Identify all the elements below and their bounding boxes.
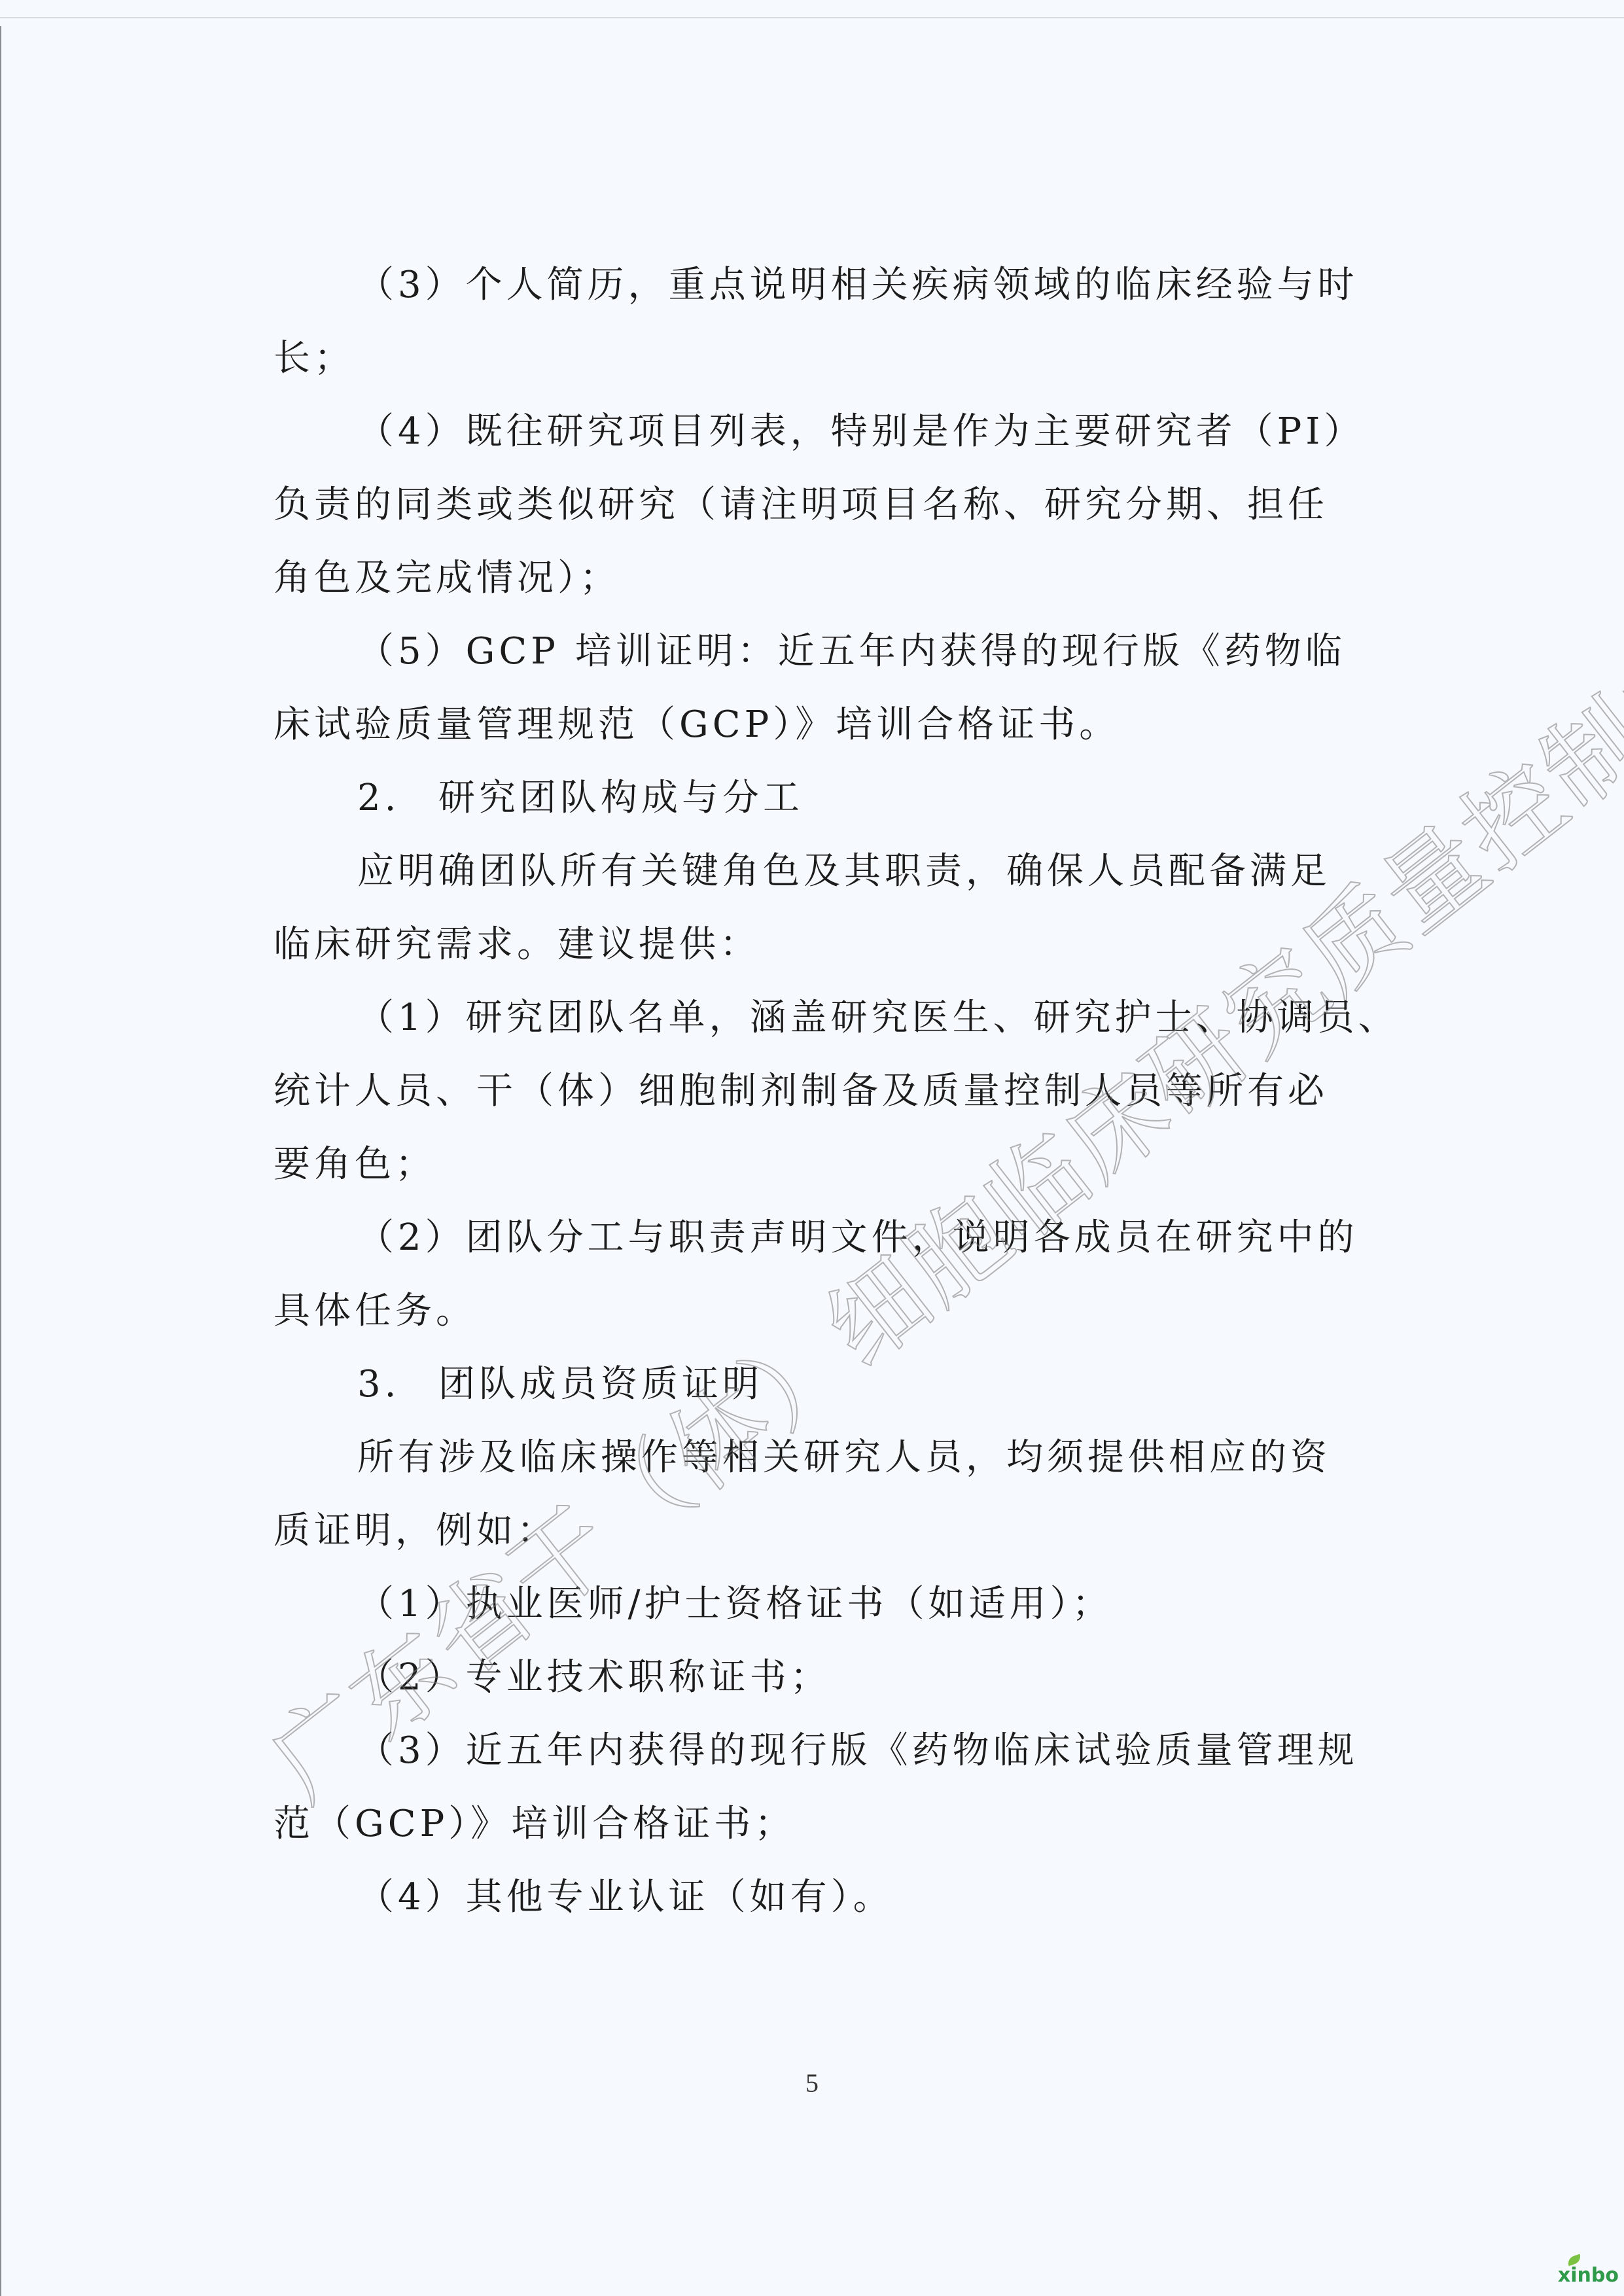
- paragraph-line: 要角色；: [274, 1128, 1360, 1201]
- paragraph-line: 床试验质量管理规范（GCP）》培训合格证书。: [274, 688, 1360, 762]
- paragraph-line: （4）既往研究项目列表，特别是作为主要研究者（PI）: [274, 395, 1360, 468]
- paragraph-line: 质证明，例如：: [274, 1494, 1360, 1568]
- section-title: 研究团队构成与分工: [438, 777, 803, 819]
- section-heading-2: 2.研究团队构成与分工: [274, 762, 1360, 835]
- paragraph-line: 角色及完成情况）；: [274, 542, 1360, 615]
- section-title: 团队成员资质证明: [438, 1363, 763, 1405]
- xinbo-logo: xinbo: [1558, 2264, 1619, 2287]
- scan-edge-left: [0, 26, 1, 2296]
- scan-edge-top: [0, 17, 1624, 18]
- paragraph-line: 临床研究需求。建议提供：: [274, 908, 1360, 981]
- paragraph-line: （3）近五年内获得的现行版《药物临床试验质量管理规: [274, 1714, 1360, 1788]
- paragraph-line: 具体任务。: [274, 1275, 1360, 1348]
- paragraph-line: 范（GCP）》培训合格证书；: [274, 1788, 1360, 1861]
- paragraph-line: 应明确团队所有关键角色及其职责，确保人员配备满足: [274, 835, 1360, 908]
- document-body: （3）个人简历，重点说明相关疾病领域的临床经验与时 长； （4）既往研究项目列表…: [274, 249, 1360, 1934]
- paragraph-line: （4）其他专业认证（如有）。: [274, 1861, 1360, 1934]
- paragraph-line: 统计人员、干（体）细胞制剂制备及质量控制人员等所有必: [274, 1055, 1360, 1128]
- section-heading-3: 3.团队成员资质证明: [274, 1348, 1360, 1421]
- paragraph-line: （3）个人简历，重点说明相关疾病领域的临床经验与时: [274, 249, 1360, 322]
- paragraph-line: （2）团队分工与职责声明文件，说明各成员在研究中的: [274, 1201, 1360, 1275]
- page-number: 5: [0, 2068, 1624, 2098]
- section-number: 3.: [357, 1348, 438, 1421]
- paragraph-line: 负责的同类或类似研究（请注明项目名称、研究分期、担任: [274, 468, 1360, 542]
- paragraph-line: （2）专业技术职称证书；: [274, 1641, 1360, 1714]
- paragraph-line: （1）研究团队名单，涵盖研究医生、研究护士、协调员、: [274, 981, 1360, 1055]
- logo-text: xinbo: [1558, 2264, 1619, 2287]
- paragraph-line: （1）执业医师/护士资格证书（如适用）；: [274, 1568, 1360, 1641]
- paragraph-line: 所有涉及临床操作等相关研究人员，均须提供相应的资: [274, 1421, 1360, 1494]
- paragraph-line: （5）GCP 培训证明：近五年内获得的现行版《药物临: [274, 615, 1360, 688]
- paragraph-line: 长；: [274, 322, 1360, 395]
- section-number: 2.: [357, 762, 438, 835]
